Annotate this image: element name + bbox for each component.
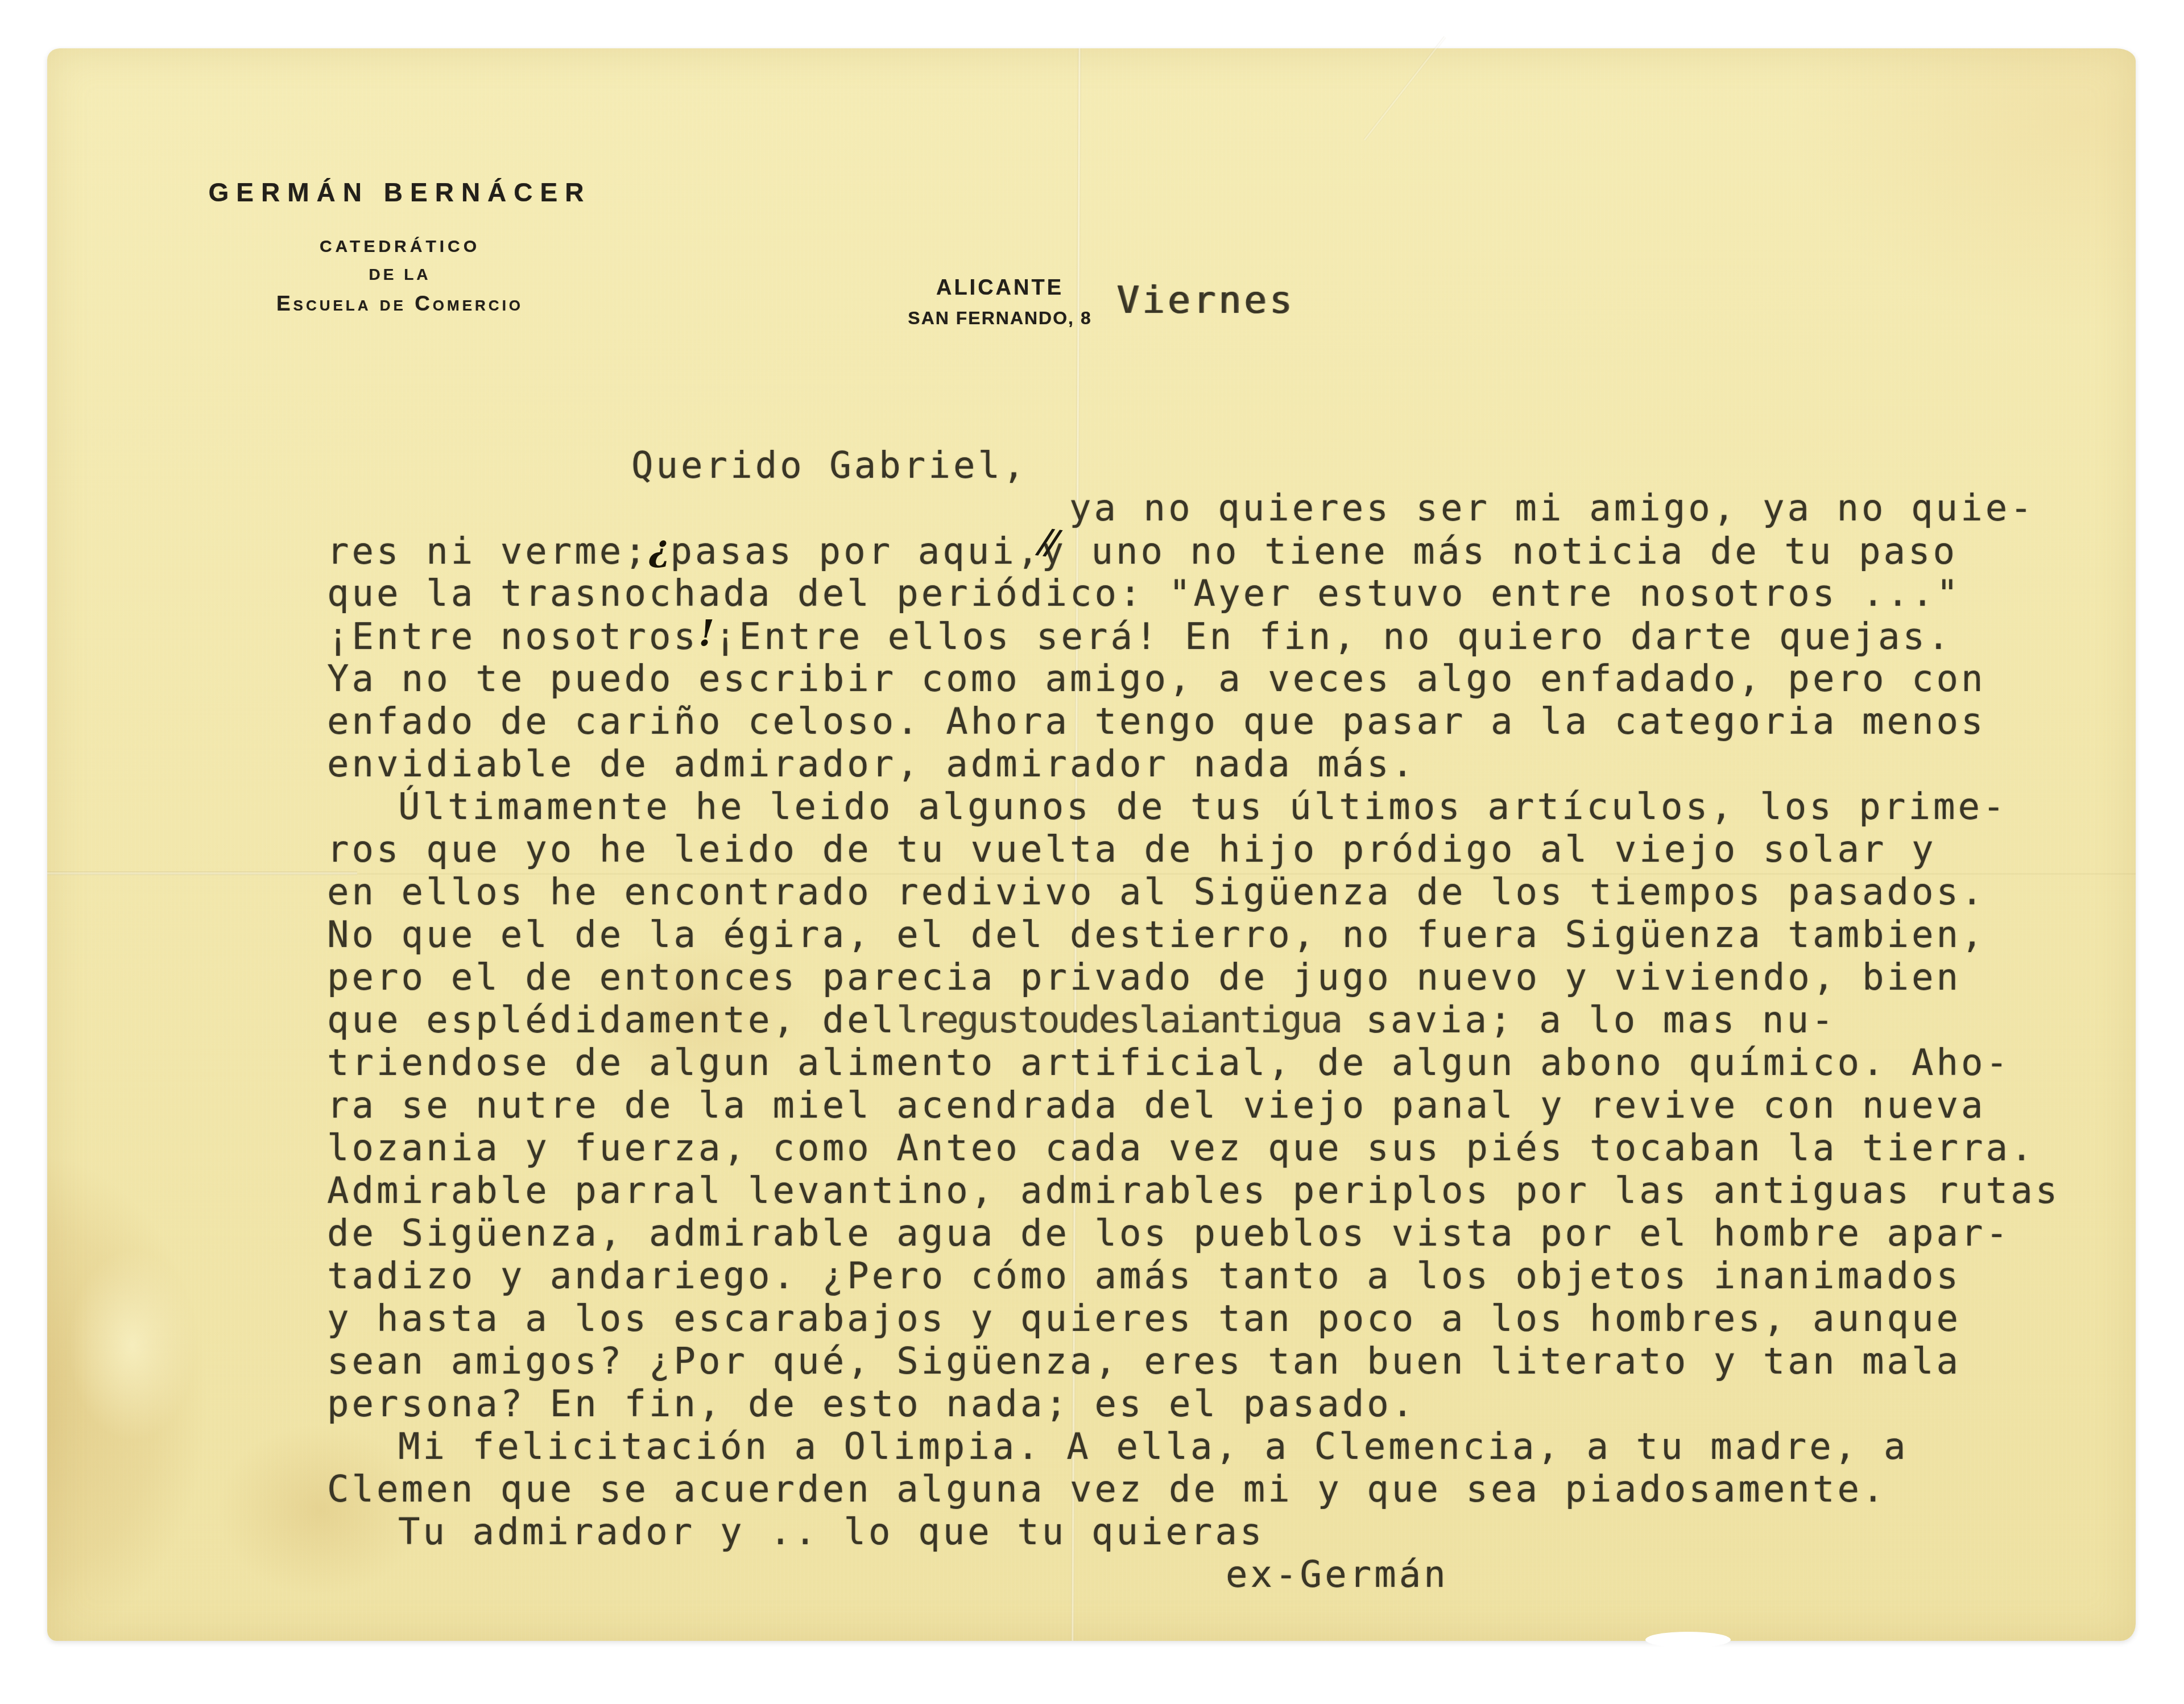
letter-line: ya no quieres ser mi amigo, ya no quie- (1069, 487, 2113, 530)
letterhead-role-line: CATEDRÁTICO (195, 237, 605, 257)
letterhead: GERMÁN BERNÁCER CATEDRÁTICO DE LA Escuel… (195, 177, 605, 316)
letter-line: que la trasnochada del periódico: "Ayer … (327, 573, 2113, 615)
letter-line: que esplédidamente, dellregustoudeslaian… (327, 999, 2113, 1042)
scan-background: { "page": { "background": "#ffffff" }, "… (0, 0, 2184, 1704)
fold-crease-diagonal (1363, 36, 1446, 140)
letter-line: envidiable de admirador, admirador nada … (327, 743, 2113, 786)
letter-paper: GERMÁN BERNÁCER CATEDRÁTICO DE LA Escuel… (47, 48, 2136, 1641)
letter-line: en ellos he encontrado redivivo al Sigüe… (327, 871, 2113, 914)
letter-line: Últimamente he leido algunos de tus últi… (398, 786, 2113, 829)
letter-line: res ni verme;¿pasas por aqui,y uno no ti… (327, 530, 2113, 573)
letter-line: Mi felicitación a Olimpia. A ella, a Cle… (398, 1426, 2113, 1469)
letter-line: tadizo y andariego. ¿Pero cómo amás tant… (327, 1255, 2113, 1298)
letter-line: ros que yo he leido de tu vuelta de hijo… (327, 829, 2113, 871)
letter-line: Clemen que se acuerden alguna vez de mi … (327, 1469, 2113, 1511)
letter-line: de Sigüenza, admirable agua de los puebl… (327, 1213, 2113, 1255)
letter-line: pero el de entonces parecia privado de j… (327, 957, 2113, 999)
letter-line: triendose de algun alimento artificial, … (327, 1042, 2113, 1085)
letter-line: ex-Germán (1226, 1554, 2113, 1597)
letter-line: ra se nutre de la miel acendrada del vie… (327, 1085, 2113, 1127)
letter-line: Tu admirador y .. lo que tu quieras (398, 1511, 2113, 1554)
letter-line: ¡Entre nosotros!¡Entre ellos será! En fi… (327, 615, 2113, 658)
letter-line: Admirable parral levantino, admirables p… (327, 1170, 2113, 1213)
letterhead-role-line: DE LA (195, 266, 605, 284)
address-city: ALICANTE (886, 276, 1114, 300)
letter-line: Ya no te puedo escribir como amigo, a ve… (327, 658, 2113, 701)
letter-line: Querido Gabriel, (631, 445, 2113, 487)
letter-line: enfado de cariño celoso. Ahora tengo que… (327, 701, 2113, 743)
letter-line: persona? En fin, de esto nada; es el pas… (327, 1383, 2113, 1426)
address-street: SAN FERNANDO, 8 (886, 308, 1114, 329)
letter-line: y hasta a los escarabajos y quieres tan … (327, 1298, 2113, 1341)
address-block: ALICANTE SAN FERNANDO, 8 (886, 276, 1114, 329)
letter-line: sean amigos? ¿Por qué, Sigüenza, eres ta… (327, 1341, 2113, 1383)
letter-line: No que el de la égira, el del destierro,… (327, 914, 2113, 957)
letter-body: Querido Gabriel,ya no quieres ser mi ami… (327, 445, 2113, 1597)
letter-line: lozania y fuerza, como Anteo cada vez qu… (327, 1127, 2113, 1170)
date-stamp: Viernes (1116, 278, 1294, 322)
letterhead-name: GERMÁN BERNÁCER (195, 177, 605, 208)
letterhead-role-line: Escuela de Comercio (195, 292, 605, 316)
